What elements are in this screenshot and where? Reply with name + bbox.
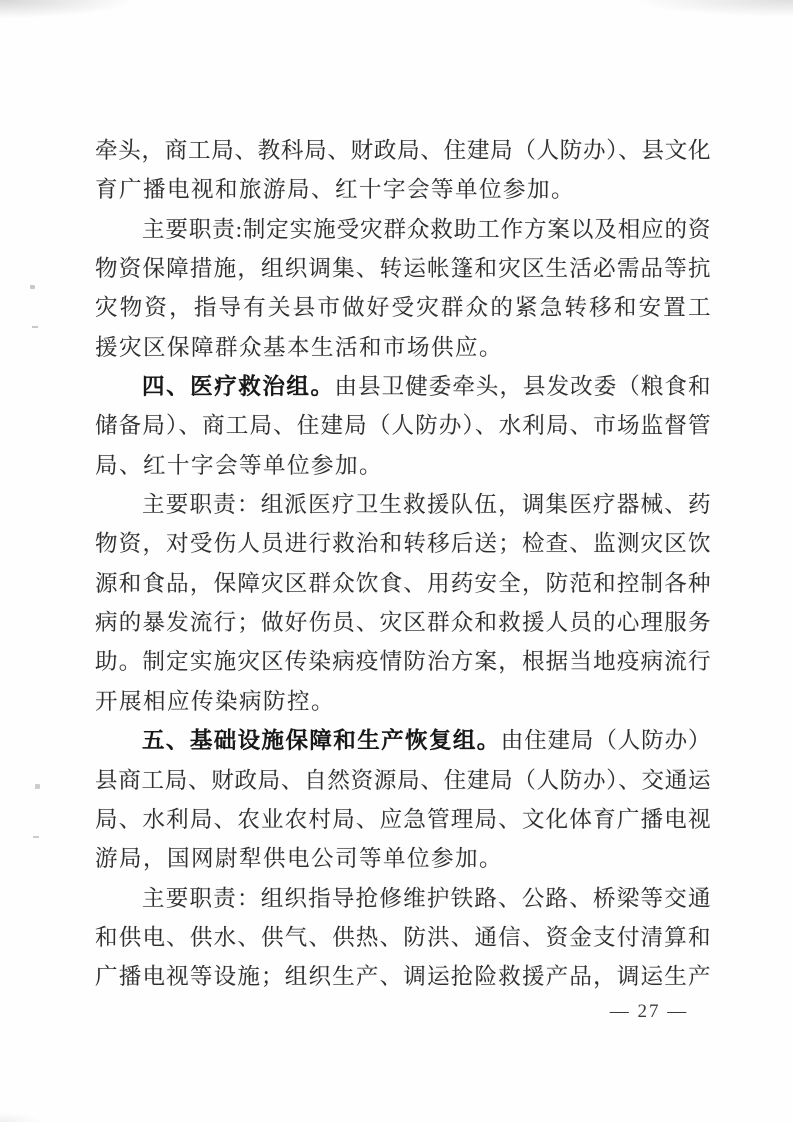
text-line: 局、水利局、农业农村局、应急管理局、文化体育广播电视和旅 [95,800,711,839]
text-line: 物资保障措施，组织调集、转运帐篷和灾区生活必需品等抗震救 [95,249,711,288]
text-line: 源和食品，保障灾区群众饮食、用药安全，防范和控制各种传染 [95,564,711,603]
section-heading-line: 四、医疗救治组。由县卫健委牵头，县发改委（粮食和物资 [95,367,711,406]
page-number: — 27 — [606,1001,692,1023]
section-heading: 四、医疗救治组。 [142,374,335,399]
text-line: 灾物资，指导有关县市做好受灾群众的紧急转移和安置工作，支 [95,288,711,327]
text-line: 物资，对受伤人员进行救治和转移后送；检查、监测灾区饮用水 [95,524,711,563]
scan-speck [32,326,38,328]
text-line: 开展相应传染病防控。 [95,682,711,721]
scan-speck [35,784,40,789]
text-line: 主要职责：组织指导抢修维护铁路、公路、桥梁等交通设施 [95,879,711,918]
text-line: 育广播电视和旅游局、红十字会等单位参加。 [95,170,711,209]
text-line: 县商工局、财政局、自然资源局、住建局（人防办）、交通运输 [95,761,711,800]
text-line: 游局，国网尉犁供电公司等单位参加。 [95,839,711,878]
text-line: 主要职责：组派医疗卫生救援队伍，调集医疗器械、药品等 [95,485,711,524]
text-line: 广播电视等设施；组织生产、调运抢险救援产品，调运生产物资 [95,957,711,996]
scan-speck [33,836,39,838]
scan-speck [30,285,35,289]
text-line: 援灾区保障群众基本生活和市场供应。 [95,328,711,367]
section-heading-line: 五、基础设施保障和生产恢复组。由住建局（人防办）牵头， [95,721,711,760]
text-line: 牵头，商工局、教科局、财政局、住建局（人防办）、县文化体 [95,131,711,170]
text-line: 助。制定实施灾区传染病疫情防治方案，根据当地疫病流行情况 [95,642,711,681]
document-lines: 牵头，商工局、教科局、财政局、住建局（人防办）、县文化体育广播电视和旅游局、红十… [95,131,711,997]
document-page: 牵头，商工局、教科局、财政局、住建局（人防办）、县文化体育广播电视和旅游局、红十… [0,0,793,1122]
text-line: 和供电、供水、供气、供热、防洪、通信、资金支付清算和汇划、 [95,918,711,957]
text-line: 病的暴发流行；做好伤员、灾区群众和救援人员的心理服务与援 [95,603,711,642]
text-line: 储备局）、商工局、住建局（人防办）、水利局、市场监督管理 [95,406,711,445]
text-line: 局、红十字会等单位参加。 [95,446,711,485]
text-line: 主要职责:制定实施受灾群众救助工作方案以及相应的资金 [95,210,711,249]
section-heading: 五、基础设施保障和生产恢复组。 [142,728,501,753]
